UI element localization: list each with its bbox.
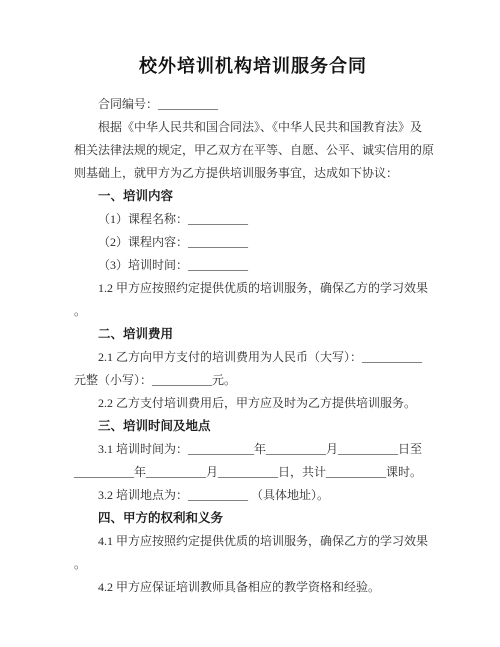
section-3-heading: 三、培训时间及地点: [74, 415, 432, 438]
clause-1-2-line: 1.2 甲方应按照约定提供优质的培训服务，确保乙方的学习效果: [74, 277, 432, 300]
section-4-heading: 四、甲方的权利和义务: [74, 507, 432, 530]
clause-3-1-continuation: __________年__________月__________日，共计____…: [74, 461, 432, 484]
clause-2-1-line: 2.1 乙方向甲方支付的培训费用为人民币（大写）：__________: [74, 346, 432, 369]
clause-2-2-line: 2.2 乙方支付培训费用后，甲方应及时为乙方提供培训服务。: [74, 392, 432, 415]
preamble-line-1: 根据《中华人民共和国合同法》、《中华人民共和国教育法》及: [74, 116, 432, 139]
clause-4-2-line: 4.2 甲方应保证培训教师具备相应的教学资格和经验。: [74, 576, 432, 599]
course-content-line: （2）课程内容：__________: [74, 231, 432, 254]
clause-4-1-overflow-period: 。: [74, 553, 432, 576]
preamble-line-3: 则基础上，就甲方为乙方提供培训服务事宜，达成如下协议：: [74, 162, 432, 185]
preamble-line-2: 相关法律法规的规定，甲乙双方在平等、自愿、公平、诚实信用的原: [74, 139, 432, 162]
clause-3-1-line: 3.1 培训时间为：___________年__________月_______…: [74, 438, 432, 461]
clause-1-2-overflow-period: 。: [74, 300, 432, 323]
contract-document: 校外培训机构培训服务合同 合同编号：__________ 根据《中华人民共和国合…: [0, 0, 500, 647]
section-2-heading: 二、培训费用: [74, 323, 432, 346]
clause-4-1-line: 4.1 甲方应按照约定提供优质的培训服务，确保乙方的学习效果: [74, 530, 432, 553]
clause-3-2-line: 3.2 培训地点为：__________ （具体地址）。: [74, 484, 432, 507]
contract-number-line: 合同编号：__________: [74, 93, 432, 116]
section-1-heading: 一、培训内容: [74, 185, 432, 208]
document-title: 校外培训机构培训服务合同: [74, 52, 432, 80]
course-name-line: （1）课程名称：__________: [74, 208, 432, 231]
training-time-line: （3）培训时间：__________: [74, 254, 432, 277]
clause-2-1-continuation: 元整（小写）：__________元。: [74, 369, 432, 392]
